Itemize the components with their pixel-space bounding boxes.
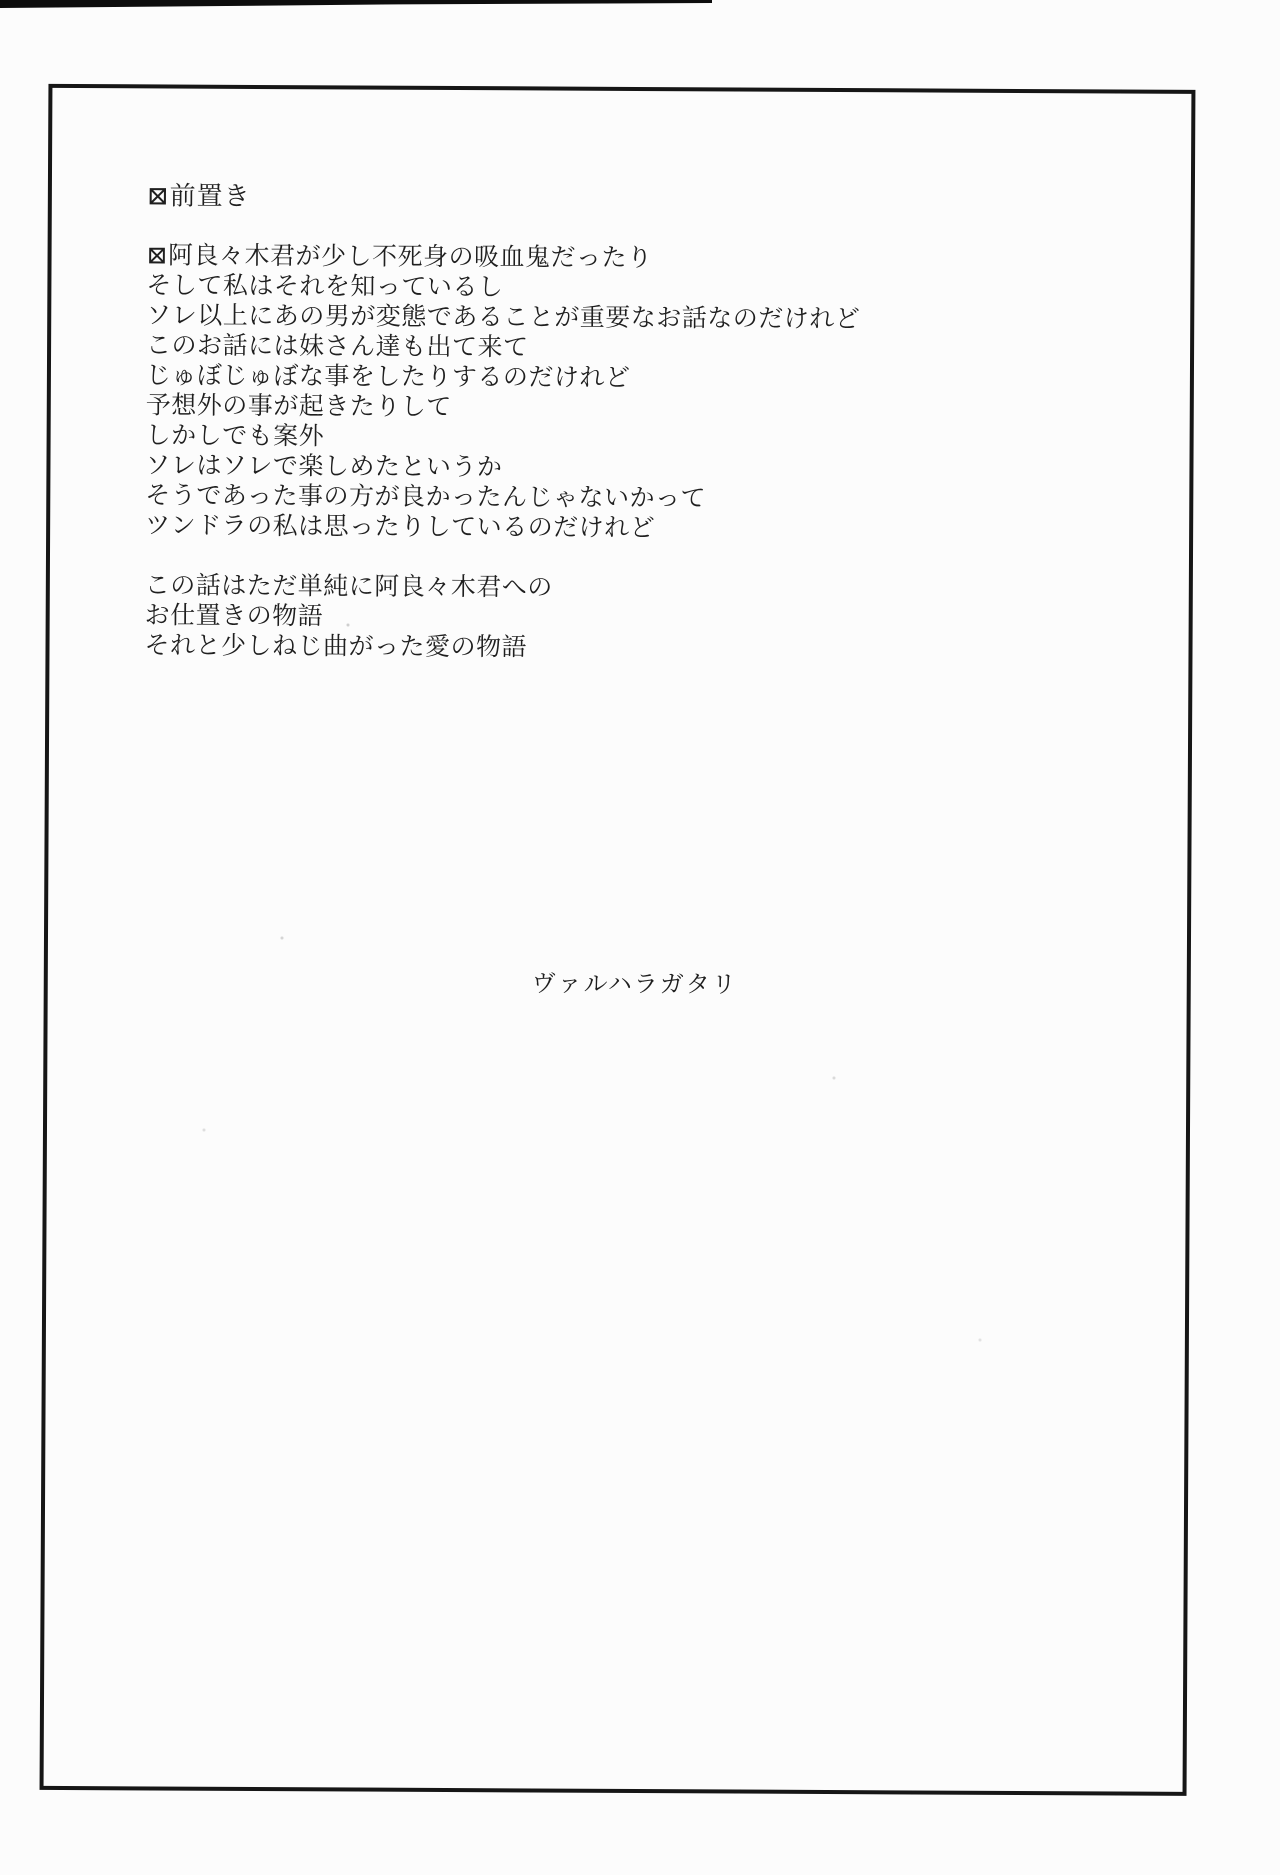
afterword-text-block: ⊠阿良々木君が少し不死身の吸血鬼だったり そして私はそれを知っているし ソレ以上… bbox=[144, 241, 860, 665]
text-line: このお話には妹さん達も出て来て bbox=[146, 331, 860, 365]
blank-line bbox=[145, 541, 859, 575]
text-line: ソレはソレで楽しめたというか bbox=[145, 451, 859, 485]
text-line: ツンドラの私は思ったりしているのだけれど bbox=[145, 511, 859, 545]
text-line: お仕置きの物語 bbox=[145, 601, 859, 635]
text-line: ⊠阿良々木君が少し不死身の吸血鬼だったり bbox=[146, 241, 860, 275]
scanned-afterword-page: ⊠前置き ⊠阿良々木君が少し不死身の吸血鬼だったり そして私はそれを知っているし… bbox=[0, 0, 1280, 1875]
text-line: しかしでも案外 bbox=[146, 421, 860, 455]
section-heading: ⊠前置き bbox=[147, 181, 251, 212]
text-line: じゅぼじゅぼな事をしたりするのだけれど bbox=[146, 361, 860, 395]
text-line: そうであった事の方が良かったんじゃないかって bbox=[145, 481, 859, 515]
text-line: 予想外の事が起きたりして bbox=[146, 391, 860, 425]
text-line: そして私はそれを知っているし bbox=[146, 271, 860, 305]
text-line: この話はただ単純に阿良々木君への bbox=[145, 571, 859, 605]
page-content: ⊠前置き ⊠阿良々木君が少し不死身の吸血鬼だったり そして私はそれを知っているし… bbox=[0, 0, 1280, 1875]
text-line: ソレ以上にあの男が変態であることが重要なお話なのだけれど bbox=[146, 301, 860, 335]
text-line: それと少しねじ曲がった愛の物語 bbox=[144, 631, 858, 665]
book-title: ヴァルハラガタリ bbox=[532, 970, 738, 999]
